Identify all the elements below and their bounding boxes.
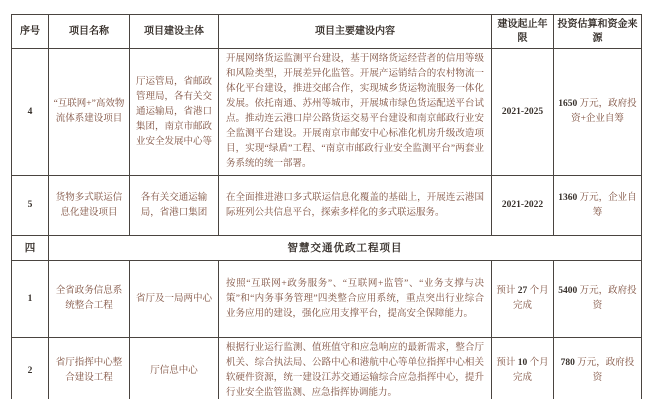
header-project-owner: 项目建设主体: [130, 15, 219, 49]
section-title: 智慧交通优政工程项目: [49, 236, 642, 261]
cell-project-owner: 厅运管局，省邮政管理局，各有关交通运输局，省港口集团，南京市邮政业安全发展中心等: [130, 49, 219, 176]
cell-investment: 780 万元，政府投资: [554, 338, 642, 399]
cell-project-name: 货物多式联运信息化建设项目: [49, 176, 130, 236]
cell-project-name: 省厅指挥中心整合建设工程: [49, 338, 130, 399]
cell-project-content: 根据行业运行监测、值班值守和应急响应的最新需求，整合厅机关、综合执法局、公路中心…: [219, 338, 492, 399]
cell-period: 2021-2025: [492, 49, 554, 176]
table-row: 5 货物多式联运信息化建设项目 各有关交通运输局，省港口集团 在全面推进港口多式…: [12, 176, 642, 236]
cell-no: 5: [12, 176, 49, 236]
cell-project-owner: 省厅及一局两中心: [130, 261, 219, 338]
table-header-row: 序号 项目名称 项目建设主体 项目主要建设内容 建设起止年限 投资估算和资金来源: [12, 15, 642, 49]
cell-project-owner: 各有关交通运输局，省港口集团: [130, 176, 219, 236]
cell-project-content: 在全面推进港口多式联运信息化覆盖的基础上，开展连云港国际班列公共信息平台，探索多…: [219, 176, 492, 236]
cell-project-name: “互联网+”高效物流体系建设项目: [49, 49, 130, 176]
header-period: 建设起止年限: [492, 15, 554, 49]
cell-investment: 5400 万元，政府投资: [554, 261, 642, 338]
cell-project-content: 开展网络货运监测平台建设，基于网络货运经营者的信用等级和风险类型，开展差异化监管…: [219, 49, 492, 176]
projects-table: 序号 项目名称 项目建设主体 项目主要建设内容 建设起止年限 投资估算和资金来源…: [11, 14, 642, 399]
cell-no: 4: [12, 49, 49, 176]
cell-period: 2021-2022: [492, 176, 554, 236]
table-row: 4 “互联网+”高效物流体系建设项目 厅运管局，省邮政管理局，各有关交通运输局，…: [12, 49, 642, 176]
table-row: 2 省厅指挥中心整合建设工程 厅信息中心 根据行业运行监测、值班值守和应急响应的…: [12, 338, 642, 399]
section-row: 四 智慧交通优政工程项目: [12, 236, 642, 261]
cell-project-name: 全省政务信息系统整合工程: [49, 261, 130, 338]
cell-investment: 1650 万元，政府投资+企业自筹: [554, 49, 642, 176]
section-no: 四: [12, 236, 49, 261]
header-investment: 投资估算和资金来源: [554, 15, 642, 49]
header-project-name: 项目名称: [49, 15, 130, 49]
header-no: 序号: [12, 15, 49, 49]
table-row: 1 全省政务信息系统整合工程 省厅及一局两中心 按照“互联网+政务服务”、“互联…: [12, 261, 642, 338]
cell-no: 2: [12, 338, 49, 399]
cell-investment: 1360 万元，企业自筹: [554, 176, 642, 236]
header-project-content: 项目主要建设内容: [219, 15, 492, 49]
cell-period: 预计 10 个月完成: [492, 338, 554, 399]
cell-no: 1: [12, 261, 49, 338]
cell-period: 预计 27 个月完成: [492, 261, 554, 338]
document-page: 序号 项目名称 项目建设主体 项目主要建设内容 建设起止年限 投资估算和资金来源…: [0, 0, 650, 399]
cell-project-owner: 厅信息中心: [130, 338, 219, 399]
cell-project-content: 按照“互联网+政务服务”、“互联网+监管”、“业务支撑与决策”和“内务事务管理”…: [219, 261, 492, 338]
